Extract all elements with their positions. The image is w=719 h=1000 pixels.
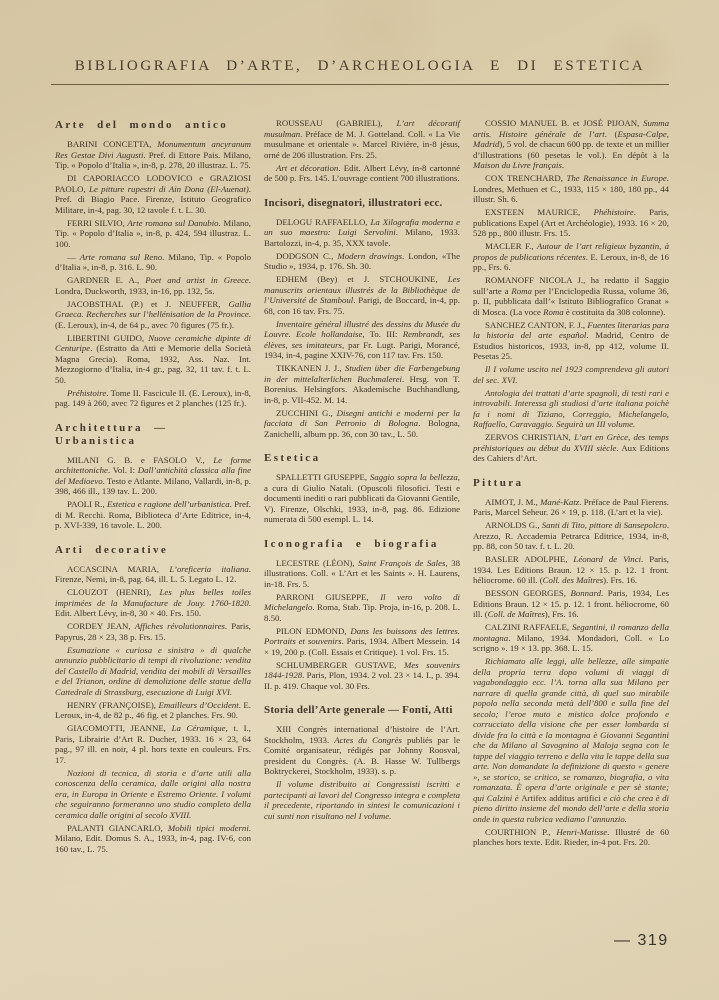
column-1: Arte del mondo anticoBARINI CONCETTA, Mo… bbox=[55, 118, 251, 857]
section-heading: Arti decorative bbox=[55, 544, 251, 557]
bibliography-entry: ACCASCINA MARIA, L’oreficeria italiana. … bbox=[55, 564, 251, 585]
bibliography-entry: CORDEY JEAN, Affiches révolutionnaires. … bbox=[55, 621, 251, 642]
column-2: ROUSSEAU (GABRIEL), L’art décoratif musu… bbox=[264, 118, 460, 824]
section-heading: Iconografia e biografia bbox=[264, 538, 460, 551]
bibliography-entry: DODGSON C., Modern drawings. London, «Th… bbox=[264, 251, 460, 272]
bibliography-entry: COURTHION P., Henri-Matisse. Illustré de… bbox=[473, 827, 669, 848]
page-title: BIBLIOGRAFIA D’ARTE, D’ARCHEOLOGIA E DI … bbox=[50, 58, 670, 75]
bibliography-entry: SANCHEZ CANTON, F. J., Fuentes literaria… bbox=[473, 320, 669, 362]
section-heading: Architettura — Urbanistica bbox=[55, 422, 251, 448]
bibliography-entry: PARRONI GIUSEPPE, Il vero volto di Miche… bbox=[264, 592, 460, 624]
bibliography-entry: Inventaire général illustré des dessins … bbox=[264, 319, 460, 361]
bibliography-entry: SCHLUMBERGER GUSTAVE, Mes souvenirs 1844… bbox=[264, 660, 460, 692]
bibliography-entry: BESSON GEORGES, Bonnard. Paris, 1934, Le… bbox=[473, 588, 669, 620]
bibliography-entry: AIMOT, J. M., Mané-Katz. Préface de Paul… bbox=[473, 497, 669, 518]
bibliography-entry: DI CAPORIACCO LODOVICO e GRAZIOSI PAOLO,… bbox=[55, 173, 251, 215]
bibliography-entry: ZUCCHINI G., Disegni antichi e moderni p… bbox=[264, 408, 460, 440]
bibliography-entry: EDHEM (Bey) et J. STCHOUKINE, Les manusc… bbox=[264, 274, 460, 316]
section-heading: Storia dell’Arte generale — Fonti, Atti bbox=[264, 704, 460, 717]
bibliography-entry: HENRY (FRANÇOISE), Emailleurs d’Occident… bbox=[55, 700, 251, 721]
bibliography-entry: ROMANOFF NICOLA J., ha redatto il Saggio… bbox=[473, 275, 669, 317]
bibliography-entry: COX TRENCHARD, The Renaissance in Europe… bbox=[473, 173, 669, 205]
bibliography-entry: CLOUZOT (HENRI), Les plus belles toiles … bbox=[55, 587, 251, 619]
bibliography-entry: PILON EDMOND, Dans les buissons des lett… bbox=[264, 626, 460, 658]
annotation-note: Il volume distribuito ai Congressisti is… bbox=[264, 779, 460, 821]
bibliography-entry: PALANTI GIANCARLO, Mobili tipici moderni… bbox=[55, 823, 251, 855]
bibliography-entry: FERRI SILVIO, Arte romana sul Danubio. M… bbox=[55, 218, 251, 250]
bibliography-entry: Art et décoration. Edit. Albert Lévy, in… bbox=[264, 163, 460, 184]
bibliography-entry: CALZINI RAFFAELE, Segantini, il romanzo … bbox=[473, 622, 669, 654]
bibliography-entry: XIII Congrès international d’histoire de… bbox=[264, 724, 460, 777]
section-heading: Arte del mondo antico bbox=[55, 119, 251, 132]
annotation-note: Esumazione « curiosa e sinistra » di qua… bbox=[55, 645, 251, 698]
bibliography-entry: COSSIO MANUEL B. et JOSÉ PIJOAN, Summa a… bbox=[473, 118, 669, 171]
bibliography-entry: EXSTEEN MAURICE, Phéhistoire. Paris, pub… bbox=[473, 207, 669, 239]
bibliography-entry: BASLER ADOLPHE, Léonard de Vinci. Paris,… bbox=[473, 554, 669, 586]
bibliography-entry: LIBERTINI GUIDO, Nuove ceramiche dipinte… bbox=[55, 333, 251, 386]
scanned-bibliography-page: BIBLIOGRAFIA D’ARTE, D’ARCHEOLOGIA E DI … bbox=[0, 0, 719, 1000]
title-rule bbox=[51, 84, 669, 85]
bibliography-columns: Arte del mondo anticoBARINI CONCETTA, Mo… bbox=[55, 118, 669, 857]
annotation-note: Richiamato alle leggi, alle bellezze, al… bbox=[473, 656, 669, 824]
section-heading: Pittura bbox=[473, 477, 669, 490]
bibliography-entry: DELOGU RAFFAELLO, La Xilografia moderna … bbox=[264, 217, 460, 249]
bibliography-entry: Préhistoire. Tome II. Fascicule II. (E. … bbox=[55, 388, 251, 409]
bibliography-entry: MILANI G. B. e FASOLO V., Le forme archi… bbox=[55, 455, 251, 497]
bibliography-entry: — Arte romana sul Reno. Milano, Tip. « P… bbox=[55, 252, 251, 273]
bibliography-entry: PAOLI R., Estetica e ragione dell’urbani… bbox=[55, 499, 251, 531]
bibliography-entry: ZERVOS CHRISTIAN, L’art en Grèce, des te… bbox=[473, 432, 669, 464]
section-heading: Incisori, disegnatori, illustratori ecc. bbox=[264, 197, 460, 210]
bibliography-entry: GIACOMOTTI, JEANNE, La Céramique, t. I.,… bbox=[55, 723, 251, 765]
bibliography-entry: ROUSSEAU (GABRIEL), L’art décoratif musu… bbox=[264, 118, 460, 160]
page-number: — 319 bbox=[614, 932, 669, 950]
bibliography-entry: MACLER F., Autour de l’art religieux byz… bbox=[473, 241, 669, 273]
bibliography-entry: JACOBSTHAL (P.) et J. NEUFFER, Gallia Gr… bbox=[55, 299, 251, 331]
annotation-note: Il I volume uscito nel 1923 comprendeva … bbox=[473, 364, 669, 385]
bibliography-entry: SPALLETTI GIUSEPPE, Saggio sopra la bell… bbox=[264, 472, 460, 525]
column-3: COSSIO MANUEL B. et JOSÉ PIJOAN, Summa a… bbox=[473, 118, 669, 850]
bibliography-entry: LECESTRE (LÉON), Saint François de Sales… bbox=[264, 558, 460, 590]
bibliography-entry: TIKKANEN J. J., Studien über die Farbeng… bbox=[264, 363, 460, 405]
bibliography-entry: BARINI CONCETTA, Monumentum ancyranum Re… bbox=[55, 139, 251, 171]
bibliography-entry: GARDNER E. A., Poet and artist in Greece… bbox=[55, 275, 251, 296]
bibliography-entry: ARNOLDS G., Santi di Tito, pittore di Sa… bbox=[473, 520, 669, 552]
annotation-note: Antologia dei trattati d’arte spagnoli, … bbox=[473, 388, 669, 430]
section-heading: Estetica bbox=[264, 452, 460, 465]
annotation-note: Nozioni di tecnica, di storia e d’arte u… bbox=[55, 768, 251, 821]
